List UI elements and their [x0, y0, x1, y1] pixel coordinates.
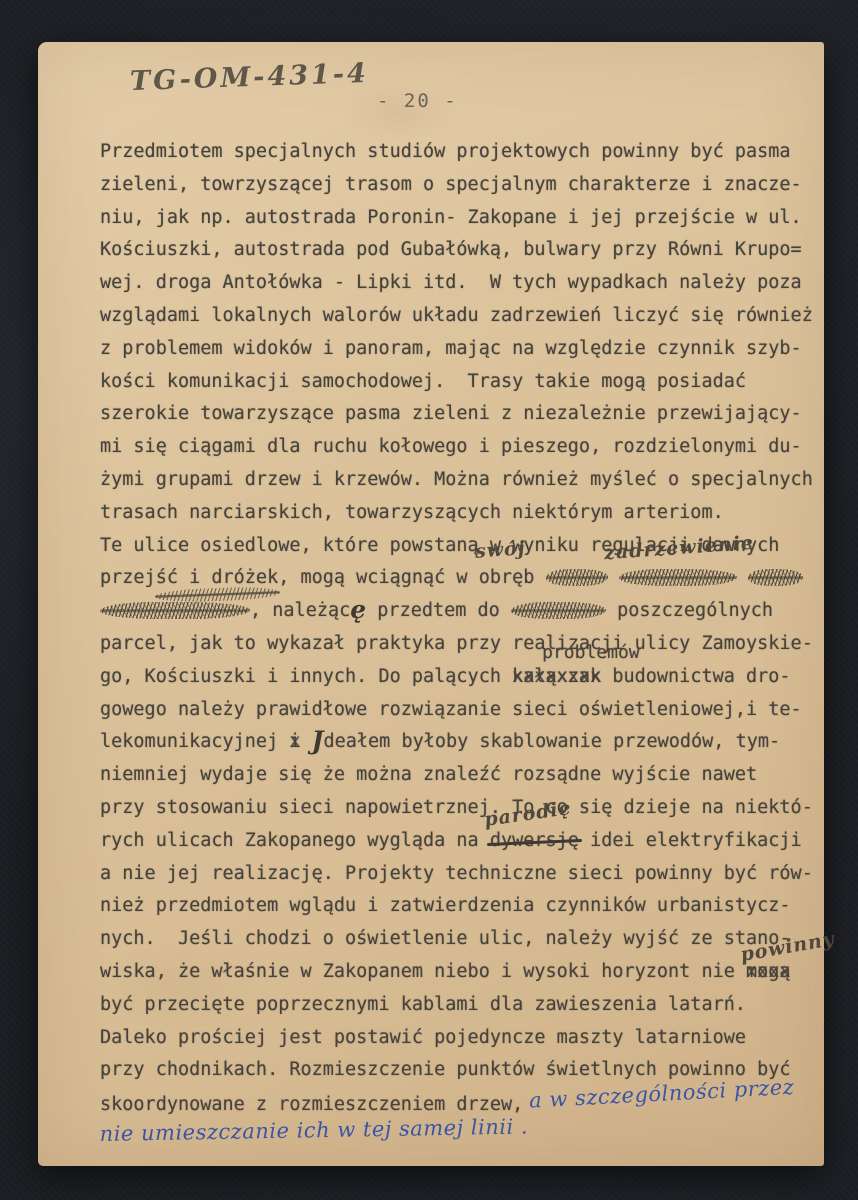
text-line: niemniej wydaje się że można znaleźć roz… — [100, 759, 824, 792]
text-line: być przecięte poprzecznymi kablami dla z… — [100, 989, 824, 1022]
typed-segment — [737, 567, 748, 588]
overstrike-x-layer: xxxxxxxx — [512, 661, 601, 694]
typed-segment: nych. Jeśli chodzi o oświetlenie ulic, n… — [100, 928, 791, 949]
text-line: niu, jak np. autostrada Poronin- Zakopan… — [100, 202, 824, 235]
typed-segment: wzglądami lokalnych walorów układu zadrz… — [100, 305, 813, 326]
pen-scribble — [100, 602, 250, 619]
handwritten-text: nie umieszczanie ich w tej samej linii . — [99, 1110, 528, 1150]
typed-segment: trasach narciarskich, towarzyszących nie… — [100, 502, 724, 523]
typed-segment: wej. droga Antołówka - Lipki itd. W tych… — [100, 272, 802, 293]
typed-segment: idei elektryfikacji — [579, 830, 802, 851]
text-line: rych ulicach Zakopanego wygląda na parod… — [100, 825, 824, 858]
text-line: wiska, że właśnie w Zakopanem niebo i wy… — [100, 956, 824, 989]
typed-segment: , należąc — [250, 600, 350, 621]
typed-segment: nież przedmiotem wglądu i zatwierdzenia … — [100, 895, 791, 916]
typed-segment: wiska, że właśnie w Zakopanem niebo i wy… — [100, 961, 746, 982]
typed-segment: z problemem widoków i panoram, mając na … — [100, 338, 802, 359]
typed-segment: Przedmiotem specjalnych studiów projekto… — [100, 141, 791, 162]
typed-segment: szerokie towarzyszące pasma zieleni z ni… — [100, 403, 802, 424]
typed-segment: gowego należy prawidłowe rozwiązanie sie… — [100, 699, 802, 720]
text-line: wej. droga Antołówka - Lipki itd. W tych… — [100, 267, 824, 300]
text-line: zieleni, towrzyszącej trasom o specjalny… — [100, 169, 824, 202]
typed-segment: niu, jak np. autostrada Poronin- Zakopan… — [100, 207, 802, 228]
typed-segment: żymi grupami drzew i krzewów. Można równ… — [100, 469, 813, 490]
overstrike-x-layer: xxxx — [746, 956, 791, 989]
pen-scribble — [546, 569, 608, 586]
typed-segment: deałem byłoby skablowanie przewodów, tym… — [323, 731, 780, 752]
text-line: żymi grupami drzew i krzewów. Można równ… — [100, 464, 824, 497]
text-line: kości komunikacji samochodowej. Trasy ta… — [100, 366, 824, 399]
text-line: wzglądami lokalnych walorów układu zadrz… — [100, 300, 824, 333]
text-line: go, Kościuszki i innych. Do palących pro… — [100, 661, 824, 694]
typed-segment: przy stosowaniu sieci napowietrznej. To … — [100, 797, 813, 818]
typed-segment: parcel, jak to wykazał praktyka przy rea… — [100, 633, 813, 654]
typed-text-block: Przedmiotem specjalnych studiów projekto… — [100, 136, 824, 1153]
document-page: TG-OM-431-4 - 20 - Przedmiotem specjalny… — [38, 42, 824, 1166]
text-line: mi się ciągami dla ruchu kołowego i pies… — [100, 431, 824, 464]
overstrike-x-layer: x — [289, 726, 300, 759]
text-line: parcel, jak to wykazał praktyka przy rea… — [100, 628, 824, 661]
overstruck-word: mogąxxxx — [746, 956, 791, 989]
pen-struck-word: dywersję — [490, 825, 579, 858]
pen-scribble — [748, 569, 803, 586]
typed-segment: go, Kościuszki i innych. Do palących — [100, 666, 512, 687]
typed-segment: obręb — [479, 567, 546, 588]
typed-segment: poszczególnych — [606, 600, 773, 621]
text-line: nie umieszczanie ich w tej samej linii . — [100, 1120, 824, 1153]
text-line: Kościuszki, autostrada pod Gubałówką, bu… — [100, 234, 824, 267]
typed-segment — [608, 567, 619, 588]
typed-segment: a nie jej realizację. Projekty techniczn… — [100, 863, 813, 884]
text-line: nież przedmiotem wglądu i zatwierdzenia … — [100, 890, 824, 923]
text-line: szerokie towarzyszące pasma zieleni z ni… — [100, 398, 824, 431]
typed-segment — [301, 731, 312, 752]
text-line: a nie jej realizację. Projekty techniczn… — [100, 858, 824, 891]
text-line: z problemem widoków i panoram, mając na … — [100, 333, 824, 366]
pen-scribble — [619, 569, 737, 586]
text-line: lekomunikacyjnej ix Jdeałem byłoby skabl… — [100, 726, 824, 759]
typed-segment: rych ulicach Zakopanego wygląda na — [100, 830, 490, 851]
text-line: nych. Jeśli chodzi o oświetlenie ulic, n… — [100, 923, 824, 956]
text-line: , należącę przedtem do poszczególnych — [100, 595, 824, 628]
typed-segment: lekomunikacyjnej — [100, 731, 289, 752]
handwritten-note: swój — [474, 532, 527, 568]
typed-segment: zieleni, towrzyszącej trasom o specjalny… — [100, 174, 802, 195]
typed-segment: Daleko prościej jest postawić pojedyncze… — [100, 1027, 746, 1048]
text-line: gowego należy prawidłowe rozwiązanie sie… — [100, 694, 824, 727]
page-number: - 20 - — [377, 90, 458, 112]
overstruck-word: kałąxzakxxxxxxxx — [512, 661, 601, 694]
pen-scribble — [511, 602, 606, 619]
text-line: przy stosowaniu sieci napowietrznej. To … — [100, 792, 824, 825]
text-line: Daleko prościej jest postawić pojedyncze… — [100, 1022, 824, 1055]
text-line: trasach narciarskich, towarzyszących nie… — [100, 497, 824, 530]
overstruck-word: ix — [289, 726, 300, 759]
reference-code-handwritten: TG-OM-431-4 — [130, 58, 370, 97]
typed-segment: mi się ciągami dla ruchu kołowego i pies… — [100, 436, 802, 457]
typed-segment: przedtem do — [366, 600, 511, 621]
typed-segment: kości komunikacji samochodowej. Trasy ta… — [100, 371, 746, 392]
typed-segment: być przecięte poprzecznymi kablami dla z… — [100, 994, 746, 1015]
typed-segment: przejść i dróżek, mogą wciągnąć w — [100, 567, 479, 588]
typed-segment: niemniej wydaje się że można znaleźć roz… — [100, 764, 757, 785]
text-line: Przedmiotem specjalnych studiów projekto… — [100, 136, 824, 169]
typed-segment: Kościuszki, autostrada pod Gubałówką, bu… — [100, 239, 802, 260]
